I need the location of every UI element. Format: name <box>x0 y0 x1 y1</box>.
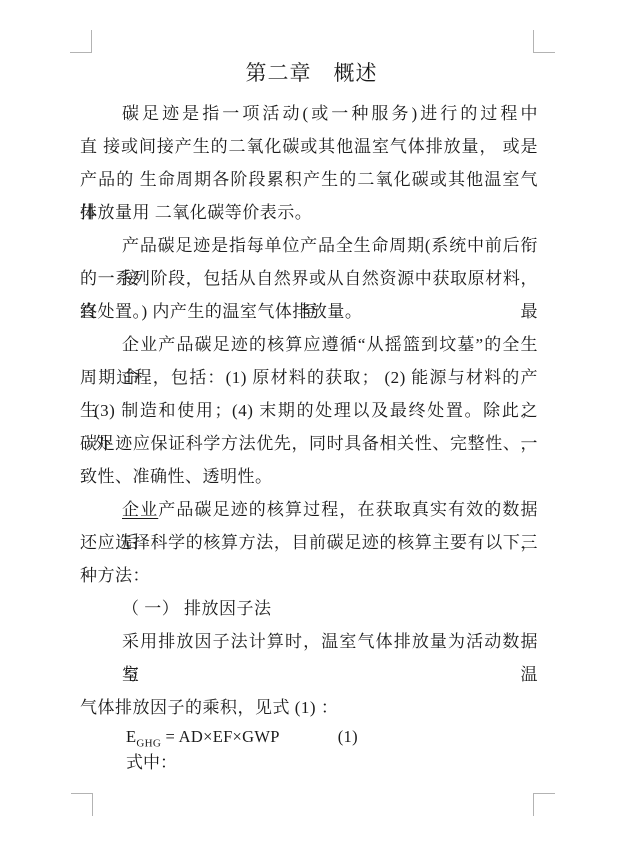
document-page: 第二章 概述 碳足迹是指一项活动(或一种服务)进行的过程中 直 接或间接产生的二… <box>0 0 623 856</box>
text-line: 产品的 生命周期各阶段累积产生的二氧化碳或其他温室气体 <box>80 163 538 196</box>
document-body: 碳足迹是指一项活动(或一种服务)进行的过程中 直 接或间接产生的二氧化碳或其他温… <box>0 97 623 776</box>
section-heading: （ 一） 排放因子法 <box>80 592 538 625</box>
text-line: 的一系列阶段，包括从自然界或从自然资源中获取原材料，直至最 <box>80 262 538 295</box>
text-line: 致性、准确性、透明性。 <box>80 460 538 493</box>
text-line: 产品碳足迹是指每单位产品全生命周期(系统中前后衔接 <box>80 229 538 262</box>
margin-corner-mark-bottom-left <box>71 793 93 816</box>
margin-corner-mark-bottom-right <box>533 793 555 816</box>
text-line: 企业产品碳足迹的核算过程，在获取真实有效的数据后， <box>80 493 538 526</box>
text-line: (3) 制造和使用；(4) 末期的处理以及最终处置。除此之外， <box>80 394 538 427</box>
margin-corner-mark-top-right <box>533 30 555 53</box>
text-line: 碳足迹是指一项活动(或一种服务)进行的过程中 <box>80 97 538 130</box>
equation-number: (1) <box>338 727 358 746</box>
equation-variable: E <box>126 727 136 746</box>
text-line: 周期过程，包括：(1) 原材料的获取； (2) 能源与材料的产生； <box>80 361 538 394</box>
equation-expression: = AD×EF×GWP <box>161 727 280 746</box>
formula-where-label: 式中： <box>80 750 538 776</box>
text-line: 种方法： <box>80 559 538 592</box>
underlined-text: 企业 <box>122 500 158 519</box>
margin-corner-mark-top-left <box>70 30 92 53</box>
text-line: 碳足迹应保证科学方法优先，同时具备相关性、完整性、一 <box>80 427 538 460</box>
chapter-title: 第二章 概述 <box>0 0 623 97</box>
equation-1: EGHG = AD×EF×GWP(1) <box>80 724 538 750</box>
text-line: 采用排放因子法计算时，温室气体排放量为活动数据与温 <box>80 625 538 658</box>
text-line: 排放量用 二氧化碳等价表示。 <box>80 196 538 229</box>
text-line: 直 接或间接产生的二氧化碳或其他温室气体排放量， 或是 <box>80 130 538 163</box>
text-line: 还应选择科学的核算方法，目前碳足迹的核算主要有以下三 <box>80 526 538 559</box>
text-line: 气体排放因子的乘积，见式 (1) ： <box>80 691 538 724</box>
text-line: 企业产品碳足迹的核算应遵循“从摇篮到坟墓”的全生命 <box>80 328 538 361</box>
equation-subscript: GHG <box>136 737 161 749</box>
